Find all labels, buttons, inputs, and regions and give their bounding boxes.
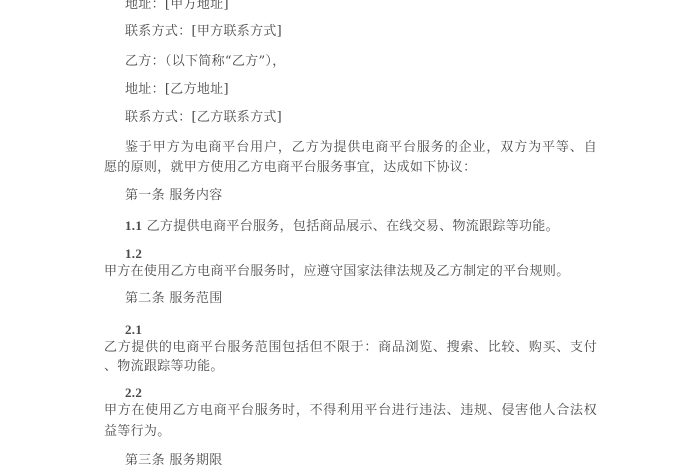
party-b-contact: 联系方式：[乙方联系方式] [125, 110, 282, 126]
party-a-address: 地址：[甲方地址] [125, 0, 229, 13]
preamble-line-2: 愿的原则，就甲方使用乙方电商平台服务事宜，达成如下协议： [104, 160, 476, 176]
clause-number: 1.1 [125, 218, 142, 233]
clause-2-2-text-line-1: 甲方在使用乙方电商平台服务时，不得利用平台进行违法、违规、侵害他人合法权 [104, 403, 597, 419]
clause-2-1-text-line-2: 、物流跟踪等功能。 [104, 359, 224, 375]
clause-1-1: 1.1 乙方提供电商平台服务，包括商品展示、在线交易、物流跟踪等功能。 [125, 218, 559, 235]
party-b-intro: 乙方：（以下简称“乙方”）， [125, 54, 286, 70]
clause-2-2-text-line-2: 益等行为。 [104, 424, 171, 440]
preamble-line-1: 鉴于甲方为电商平台用户，乙方为提供电商平台服务的企业，双方为平等、自 [125, 140, 597, 156]
clause-2-2-number: 2.2 [125, 385, 142, 401]
article-1-heading: 第一条 服务内容 [125, 188, 223, 204]
party-b-address: 地址：[乙方地址] [125, 82, 229, 98]
clause-1-2-number: 1.2 [125, 246, 142, 262]
clause-text: 乙方提供电商平台服务，包括商品展示、在线交易、物流跟踪等功能。 [147, 219, 559, 234]
party-a-contact: 联系方式：[甲方联系方式] [125, 24, 282, 40]
clause-1-2-text: 甲方在使用乙方电商平台服务时，应遵守国家法律法规及乙方制定的平台规则。 [104, 264, 570, 280]
clause-2-1-number: 2.1 [125, 322, 142, 338]
document-page: 地址：[甲方地址] 联系方式：[甲方联系方式] 乙方：（以下简称“乙方”）， 地… [0, 0, 700, 470]
clause-2-1-text-line-1: 乙方提供的电商平台服务范围包括但不限于：商品浏览、搜索、比较、购买、支付 [104, 340, 597, 356]
article-3-heading: 第三条 服务期限 [125, 453, 223, 469]
article-2-heading: 第二条 服务范围 [125, 291, 223, 307]
